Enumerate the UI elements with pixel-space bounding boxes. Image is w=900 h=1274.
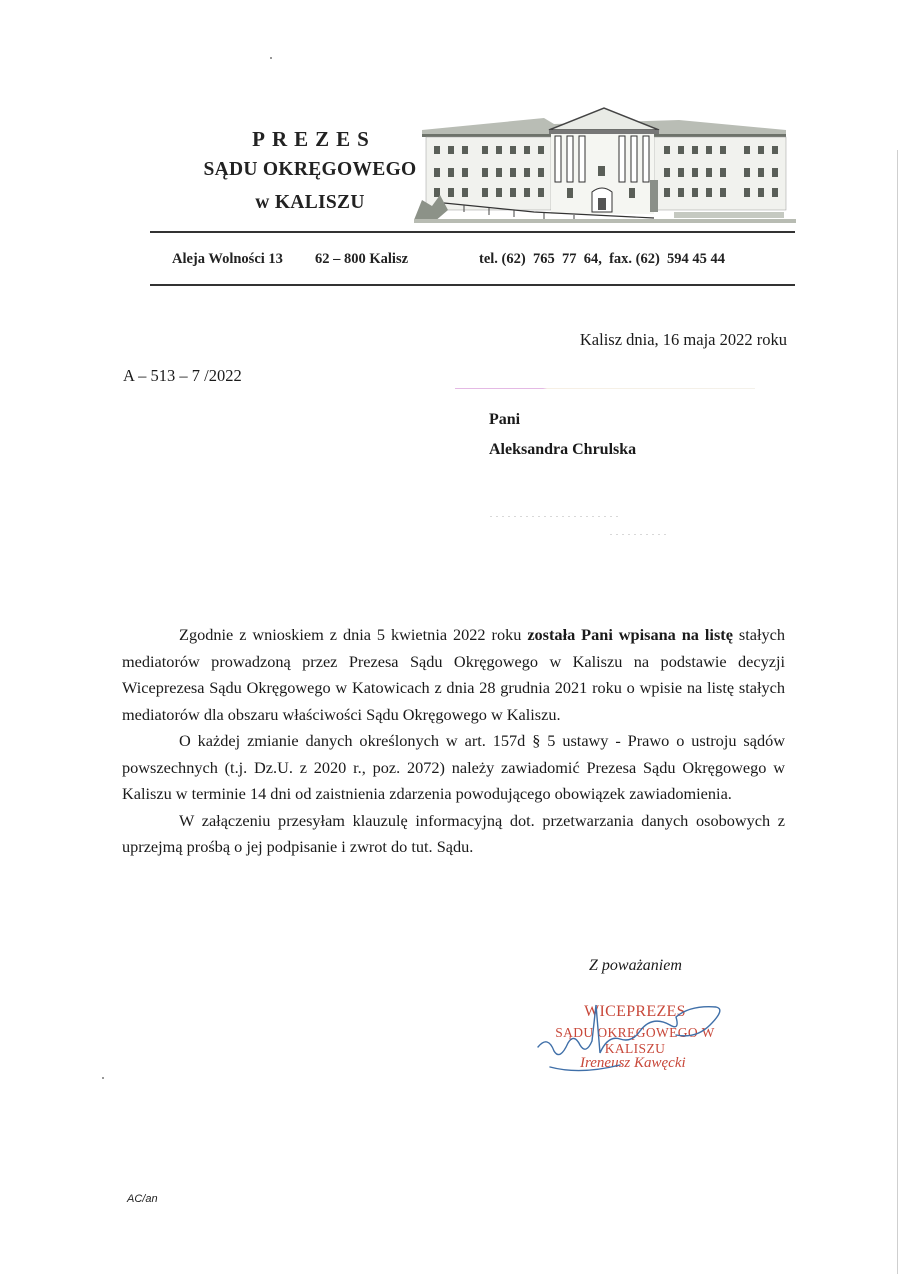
redacted-address-line <box>490 516 620 517</box>
recipient-salutation: Pani <box>489 411 520 429</box>
redacted-address-line <box>610 534 670 535</box>
court-building-icon <box>414 100 796 226</box>
letterhead-court: SĄDU OKRĘGOWEGO <box>200 159 420 181</box>
scan-speck <box>270 57 272 59</box>
paragraph-attachment: W załączeniu przesyłam klauzulę informac… <box>122 808 785 861</box>
registration-emphasis: została Pani wpisana na listę <box>527 625 733 644</box>
reference-number: A – 513 – 7 /2022 <box>123 366 242 386</box>
scan-speck <box>102 1077 104 1079</box>
paragraph-registration: Zgodnie z wnioskiem z dnia 5 kwietnia 20… <box>122 622 785 728</box>
letterhead-divider <box>150 231 795 233</box>
paragraph-notification-duty: O każdej zmianie danych określonych w ar… <box>122 728 785 808</box>
faint-stamp-mark <box>455 388 755 389</box>
recipient-name: Aleksandra Chrulska <box>489 441 636 459</box>
address-divider <box>150 284 795 286</box>
typist-initials: AC/an <box>127 1193 158 1205</box>
signature-stamp: WICEPREZES SĄDU OKRĘGOWEGO W KALISZU Ire… <box>520 995 750 1090</box>
contact-phone-fax: tel. (62) 765 77 64, fax. (62) 594 45 44 <box>479 251 725 268</box>
letter-body: Zgodnie z wnioskiem z dnia 5 kwietnia 20… <box>122 622 785 861</box>
closing-greeting: Z poważaniem <box>589 957 682 975</box>
letterhead-city: w KALISZU <box>200 192 420 214</box>
address-street: Aleja Wolności 13 <box>172 251 283 268</box>
handwritten-signature-icon <box>520 995 750 1090</box>
address-city: 62 – 800 Kalisz <box>315 251 408 268</box>
place-and-date: Kalisz dnia, 16 maja 2022 roku <box>580 330 787 350</box>
letterhead-title: PREZES <box>200 127 424 152</box>
scan-page-edge <box>897 150 898 1274</box>
